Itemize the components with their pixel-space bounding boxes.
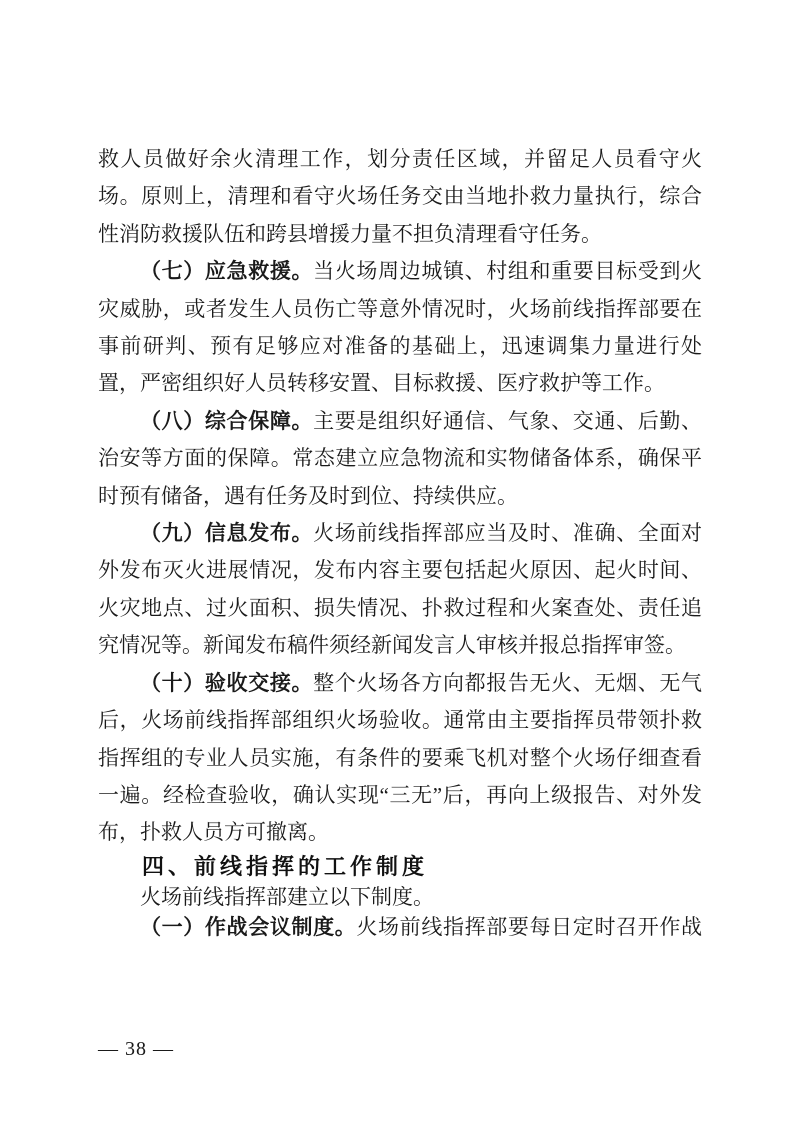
paragraph-continuation: 救人员做好余火清理工作，划分责任区域，并留足人员看守火场。原则上，清理和看守火场…: [98, 141, 702, 253]
paragraph-item-7: （七）应急救援。当火场周边城镇、村组和重要目标受到火灾威胁，或者发生人员伤亡等意…: [98, 253, 702, 403]
paragraph-lead-8: （八）综合保障。: [140, 409, 313, 433]
paragraph-text-10: 整个火场各方向都报告无火、无烟、无气后，火场前线指挥部组织火场验收。通常由主要指…: [98, 671, 702, 845]
paragraph-item-9: （九）信息发布。火场前线指挥部应当及时、准确、全面对外发布灭火进展情况，发布内容…: [98, 515, 702, 665]
document-body: 救人员做好余火清理工作，划分责任区域，并留足人员看守火场。原则上，清理和看守火场…: [98, 141, 702, 943]
paragraph-lead-1: （一）作战会议制度。: [140, 915, 356, 939]
paragraph-item-10: （十）验收交接。整个火场各方向都报告无火、无烟、无气后，火场前线指挥部组织火场验…: [98, 665, 702, 852]
paragraph-lead-9: （九）信息发布。: [140, 521, 313, 545]
paragraph-lead-10: （十）验收交接。: [140, 671, 313, 695]
paragraph-text-1: 火场前线指挥部要每日定时召开作战: [356, 915, 702, 939]
page-number: — 38 —: [98, 1038, 174, 1061]
paragraph-intro: 火场前线指挥部建立以下制度。: [98, 882, 702, 913]
paragraph-lead-7: （七）应急救援。: [140, 259, 313, 283]
paragraph-item-8: （八）综合保障。主要是组织好通信、气象、交通、后勤、治安等方面的保障。常态建立应…: [98, 403, 702, 515]
document-page: 救人员做好余火清理工作，划分责任区域，并留足人员看守火场。原则上，清理和看守火场…: [0, 0, 793, 1122]
section-heading: 四、前线指挥的工作制度: [98, 852, 702, 882]
paragraph-item-1: （一）作战会议制度。火场前线指挥部要每日定时召开作战: [98, 912, 702, 943]
